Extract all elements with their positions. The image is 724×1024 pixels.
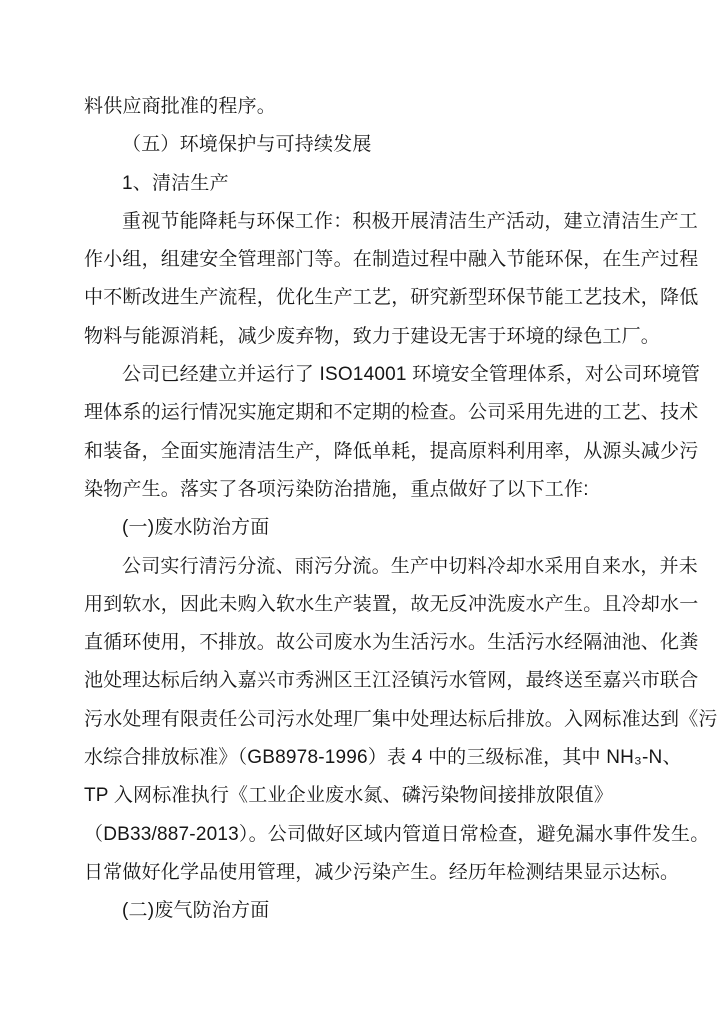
text-line: (二)废气防治方面	[84, 892, 698, 930]
text-line: 用到软水，因此未购入软水生产装置，故无反冲洗废水产生。且冷却水一	[84, 586, 698, 624]
text-line: 公司实行清污分流、雨污分流。生产中切料冷却水采用自来水，并未	[84, 548, 698, 586]
text-line: 染物产生。落实了各项污染防治措施，重点做好了以下工作:	[84, 471, 698, 509]
text-line: 作小组，组建安全管理部门等。在制造过程中融入节能环保，在生产过程	[84, 241, 698, 279]
text-line: 直循环使用，不排放。故公司废水为生活污水。生活污水经隔油池、化粪	[84, 624, 698, 662]
text-line: 物料与能源消耗，减少废弃物，致力于建设无害于环境的绿色工厂。	[84, 318, 698, 356]
text-line: 中不断改进生产流程，优化生产工艺，研究新型环保节能工艺技术，降低	[84, 279, 698, 317]
text-line: 污水处理有限责任公司污水处理厂集中处理达标后排放。入网标准达到《污	[84, 701, 698, 739]
text-line: 池处理达标后纳入嘉兴市秀洲区王江泾镇污水管网，最终送至嘉兴市联合	[84, 662, 698, 700]
text-line: 1、清洁生产	[84, 165, 698, 203]
text-line: 重视节能降耗与环保工作：积极开展清洁生产活动，建立清洁生产工	[84, 203, 698, 241]
text-line: 日常做好化学品使用管理，减少污染产生。经历年检测结果显示达标。	[84, 854, 698, 892]
text-line: （DB33/887-2013）。公司做好区域内管道日常检查，避免漏水事件发生。	[84, 816, 698, 854]
text-line: 水综合排放标准》（GB8978-1996）表 4 中的三级标准，其中 NH₃-N…	[84, 739, 698, 777]
text-line: （五）环境保护与可持续发展	[84, 126, 698, 164]
text-line: 料供应商批准的程序。	[84, 88, 698, 126]
text-line: TP 入网标准执行《工业企业废水氮、磷污染物间接排放限值》	[84, 777, 698, 815]
document-page: 料供应商批准的程序。（五）环境保护与可持续发展1、清洁生产重视节能降耗与环保工作…	[0, 0, 724, 1024]
text-line: 公司已经建立并运行了 ISO14001 环境安全管理体系，对公司环境管	[84, 356, 698, 394]
document-body: 料供应商批准的程序。（五）环境保护与可持续发展1、清洁生产重视节能降耗与环保工作…	[84, 88, 698, 931]
text-line: 和装备，全面实施清洁生产，降低单耗，提高原料利用率，从源头减少污	[84, 433, 698, 471]
text-line: (一)废水防治方面	[84, 509, 698, 547]
text-line: 理体系的运行情况实施定期和不定期的检查。公司采用先进的工艺、技术	[84, 394, 698, 432]
